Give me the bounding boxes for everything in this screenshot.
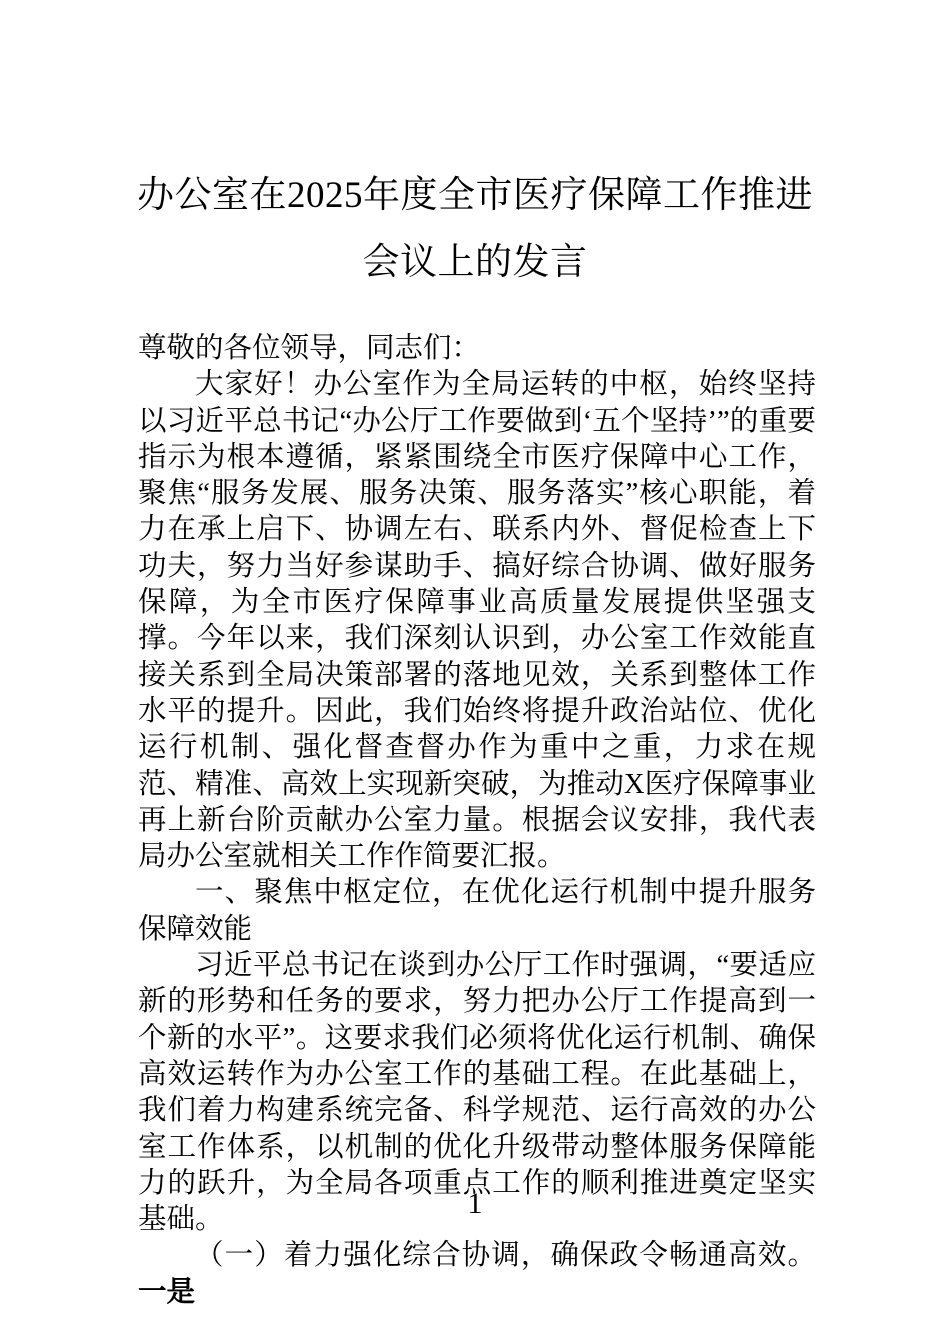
page-footer: 1 <box>0 1188 950 1220</box>
paragraph-subsection-1: （一）着力强化综合协调，确保政令畅通高效。一是 <box>138 1238 816 1311</box>
paragraph-opening: 大家好！办公室作为全局运转的中枢，始终坚持以习近平总书记“办公厅工作要做到‘五个… <box>138 367 816 875</box>
page-number: 1 <box>468 1187 483 1220</box>
document-body: 尊敬的各位领导，同志们： 大家好！办公室作为全局运转的中枢，始终坚持以习近平总书… <box>138 331 816 1311</box>
document-title: 办公室在2025年度全市医疗保障工作推进 会议上的发言 <box>60 162 890 296</box>
section-heading-1: 一、聚焦中枢定位，在优化运行机制中提升服务保障效能 <box>138 875 816 948</box>
subsection-1-bold-marker: 一是 <box>138 1277 195 1308</box>
document-page: 办公室在2025年度全市医疗保障工作推进 会议上的发言 尊敬的各位领导，同志们：… <box>0 0 950 1344</box>
document-title-line-1: 办公室在2025年度全市医疗保障工作推进 <box>60 162 890 229</box>
greeting-line: 尊敬的各位领导，同志们： <box>138 331 816 367</box>
document-title-line-2: 会议上的发言 <box>60 229 890 296</box>
subsection-1-lead: （一）着力强化综合协调，确保政令畅通高效。 <box>195 1240 816 1271</box>
